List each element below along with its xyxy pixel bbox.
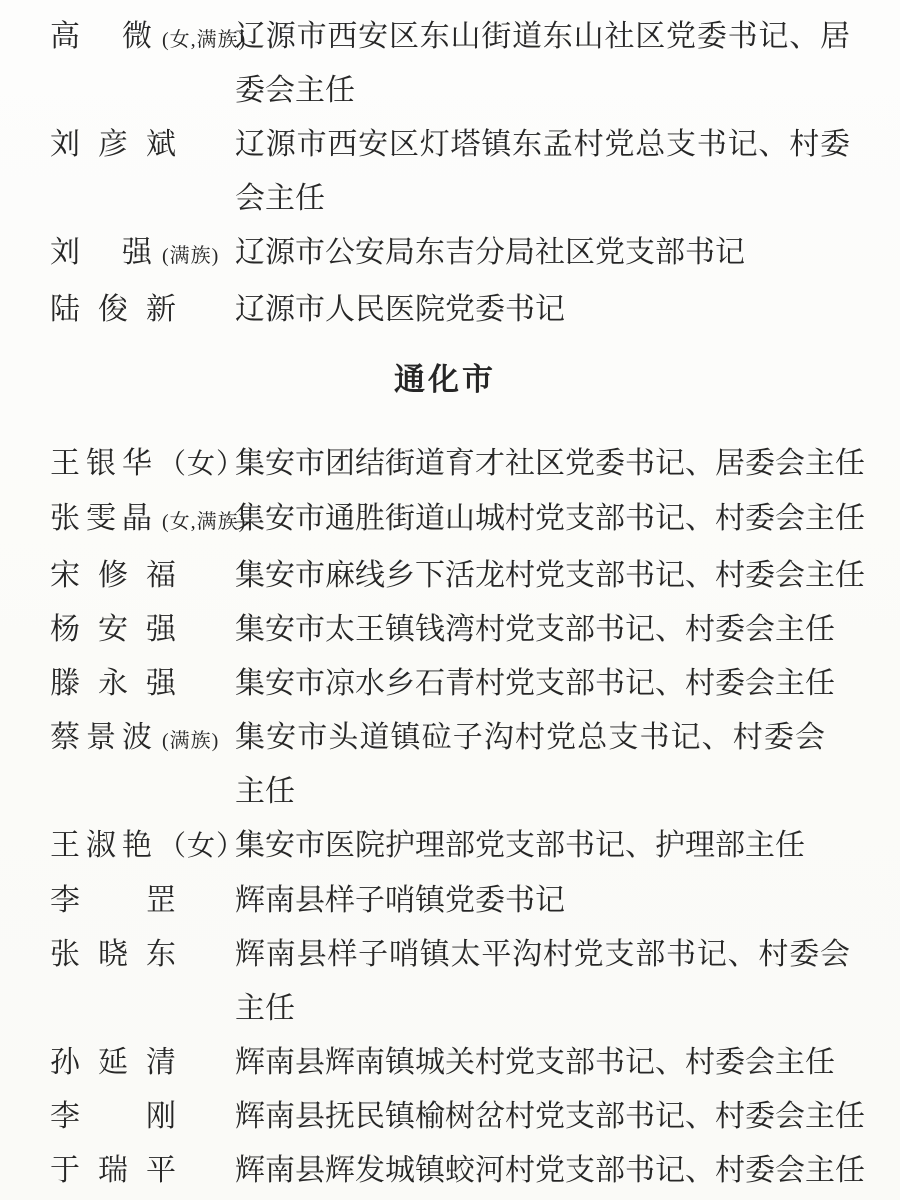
position-description: 集安市太王镇钱湾村党支部书记、村委会主任: [235, 603, 880, 657]
person-name: 孙延清: [50, 1036, 194, 1090]
name-cell: 宋修福: [50, 549, 235, 603]
entry-row: 李 刚辉南县抚民镇榆树岔村党支部书记、村委会主任: [50, 1090, 880, 1144]
entry-row: 张雯晶(女,满族)集安市通胜街道山城村党支部书记、村委会主任: [50, 492, 880, 549]
entry-row: 刘彦斌辽源市西安区灯塔镇东孟村党总支书记、村委会主任: [50, 118, 880, 226]
person-name: 宋修福: [50, 549, 194, 603]
entry-row: 高 微(女,满族)辽源市西安区东山街道东山社区党委书记、居委会主任: [50, 10, 880, 118]
position-description: 辽源市人民医院党委书记: [235, 283, 880, 337]
position-description: 集安市团结街道育才社区党委书记、居委会主任: [235, 437, 880, 491]
person-name: 杨安强: [50, 603, 194, 657]
entry-row: 蔡景波(满族)集安市头道镇砬子沟村党总支书记、村委会主任: [50, 711, 880, 819]
position-description: 辉南县样子哨镇党委书记: [235, 874, 880, 928]
position-description: 集安市医院护理部党支部书记、护理部主任: [235, 819, 880, 873]
gender-ethnicity-annotation: （女）: [158, 438, 245, 492]
entry-row: 于瑞平辉南县辉发城镇蛟河村党支部书记、村委会主任: [50, 1144, 880, 1198]
person-name: 刘彦斌: [50, 118, 194, 172]
position-description: 辽源市公安局东吉分局社区党支部书记: [235, 226, 880, 280]
name-cell: 刘 强(满族): [50, 226, 235, 283]
person-name: 刘 强: [50, 226, 158, 280]
name-cell: 张晓东: [50, 928, 235, 982]
person-name: 于瑞平: [50, 1144, 194, 1198]
entry-row: 陆俊新辽源市人民医院党委书记: [50, 283, 880, 337]
name-cell: 滕永强: [50, 657, 235, 711]
name-cell: 陆俊新: [50, 283, 235, 337]
entry-row: 王淑艳（女）集安市医院护理部党支部书记、护理部主任: [50, 819, 880, 874]
person-name: 王银华: [50, 437, 158, 491]
gender-ethnicity-annotation: (女,满族): [162, 13, 246, 67]
person-name: 李 刚: [50, 1090, 194, 1144]
name-cell: 王淑艳（女）: [50, 819, 235, 874]
entry-row: 滕永强集安市凉水乡石青村党支部书记、村委会主任: [50, 657, 880, 711]
person-name: 李 罡: [50, 874, 194, 928]
name-cell: 于瑞平: [50, 1144, 235, 1198]
name-cell: 孙延清: [50, 1036, 235, 1090]
person-name: 张晓东: [50, 928, 194, 982]
entry-row: 宋修福集安市麻线乡下活龙村党支部书记、村委会主任: [50, 549, 880, 603]
section-city-header: 通化市: [50, 353, 840, 407]
position-description: 集安市麻线乡下活龙村党支部书记、村委会主任: [235, 549, 880, 603]
person-name: 张雯晶: [50, 492, 158, 546]
position-description: 辽源市西安区东山街道东山社区党委书记、居委会主任: [235, 10, 850, 118]
name-cell: 刘彦斌: [50, 118, 235, 172]
position-description: 辉南县辉发城镇蛟河村党支部书记、村委会主任: [235, 1144, 880, 1198]
name-position-list: 高 微(女,满族)辽源市西安区东山街道东山社区党委书记、居委会主任刘彦斌辽源市西…: [50, 10, 880, 1198]
name-cell: 张雯晶(女,满族): [50, 492, 235, 549]
document-page: 高 微(女,满族)辽源市西安区东山街道东山社区党委书记、居委会主任刘彦斌辽源市西…: [0, 0, 900, 1200]
person-name: 王淑艳: [50, 819, 158, 873]
position-description: 集安市头道镇砬子沟村党总支书记、村委会主任: [235, 711, 825, 819]
person-name: 陆俊新: [50, 283, 194, 337]
gender-ethnicity-annotation: （女）: [158, 820, 245, 874]
entry-row: 张晓东辉南县样子哨镇太平沟村党支部书记、村委会主任: [50, 928, 880, 1036]
gender-ethnicity-annotation: (女,满族): [162, 495, 246, 549]
entry-row: 刘 强(满族)辽源市公安局东吉分局社区党支部书记: [50, 226, 880, 283]
position-description: 辉南县抚民镇榆树岔村党支部书记、村委会主任: [235, 1090, 880, 1144]
name-cell: 杨安强: [50, 603, 235, 657]
position-description: 辽源市西安区灯塔镇东孟村党总支书记、村委会主任: [235, 118, 850, 226]
position-description: 集安市通胜街道山城村党支部书记、村委会主任: [235, 492, 880, 546]
name-cell: 高 微(女,满族): [50, 10, 235, 67]
entry-row: 孙延清辉南县辉南镇城关村党支部书记、村委会主任: [50, 1036, 880, 1090]
entry-row: 杨安强集安市太王镇钱湾村党支部书记、村委会主任: [50, 603, 880, 657]
person-name: 高 微: [50, 10, 158, 64]
entry-row: 李 罡辉南县样子哨镇党委书记: [50, 874, 880, 928]
gender-ethnicity-annotation: (满族): [162, 714, 219, 768]
person-name: 滕永强: [50, 657, 194, 711]
person-name: 蔡景波: [50, 711, 158, 765]
name-cell: 王银华（女）: [50, 437, 235, 492]
position-description: 辉南县辉南镇城关村党支部书记、村委会主任: [235, 1036, 880, 1090]
name-cell: 蔡景波(满族): [50, 711, 235, 768]
position-description: 辉南县样子哨镇太平沟村党支部书记、村委会主任: [235, 928, 850, 1036]
gender-ethnicity-annotation: (满族): [162, 229, 219, 283]
position-description: 集安市凉水乡石青村党支部书记、村委会主任: [235, 657, 880, 711]
name-cell: 李 罡: [50, 874, 235, 928]
name-cell: 李 刚: [50, 1090, 235, 1144]
entry-row: 王银华（女）集安市团结街道育才社区党委书记、居委会主任: [50, 437, 880, 492]
